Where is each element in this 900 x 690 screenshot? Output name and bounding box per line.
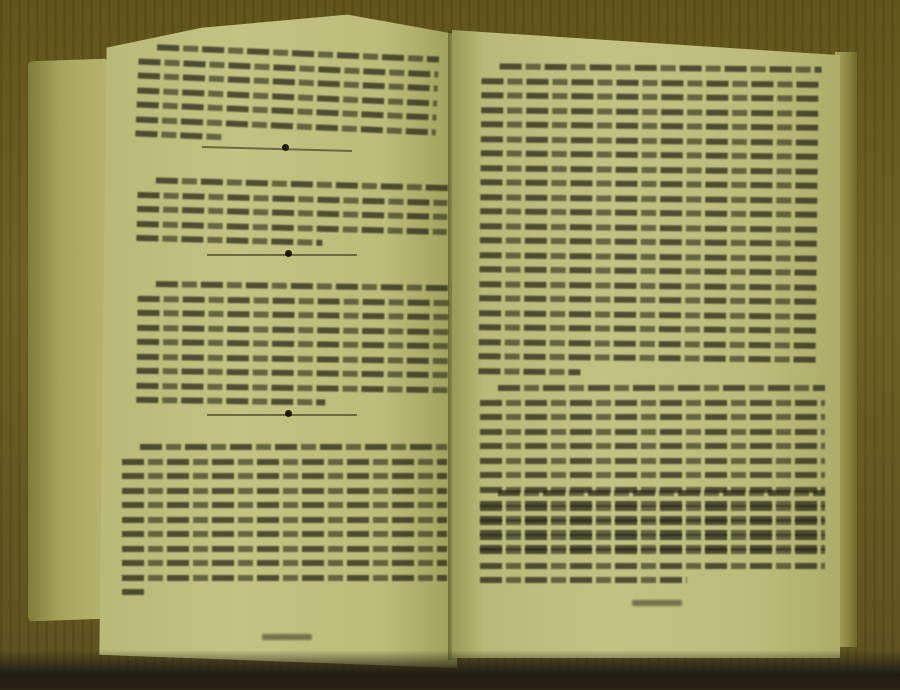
separator-dot — [285, 410, 292, 417]
left-page — [92, 8, 457, 668]
separator-dot — [285, 250, 292, 257]
table-shadow — [0, 650, 900, 690]
left-paragraph-4 — [122, 444, 447, 604]
separator-rule — [207, 254, 357, 256]
right-page — [452, 30, 840, 658]
right-paragraph-1 — [478, 63, 821, 386]
left-page-number — [262, 634, 312, 640]
left-paragraph-1 — [135, 44, 439, 158]
left-page-stack — [28, 59, 108, 622]
open-book — [0, 0, 900, 690]
right-paragraph-3 — [480, 490, 825, 592]
left-paragraph-2 — [136, 177, 448, 258]
separator-dot — [282, 144, 289, 151]
left-paragraph-3 — [136, 281, 453, 416]
separator-rule — [207, 414, 357, 416]
right-page-number — [632, 600, 682, 606]
